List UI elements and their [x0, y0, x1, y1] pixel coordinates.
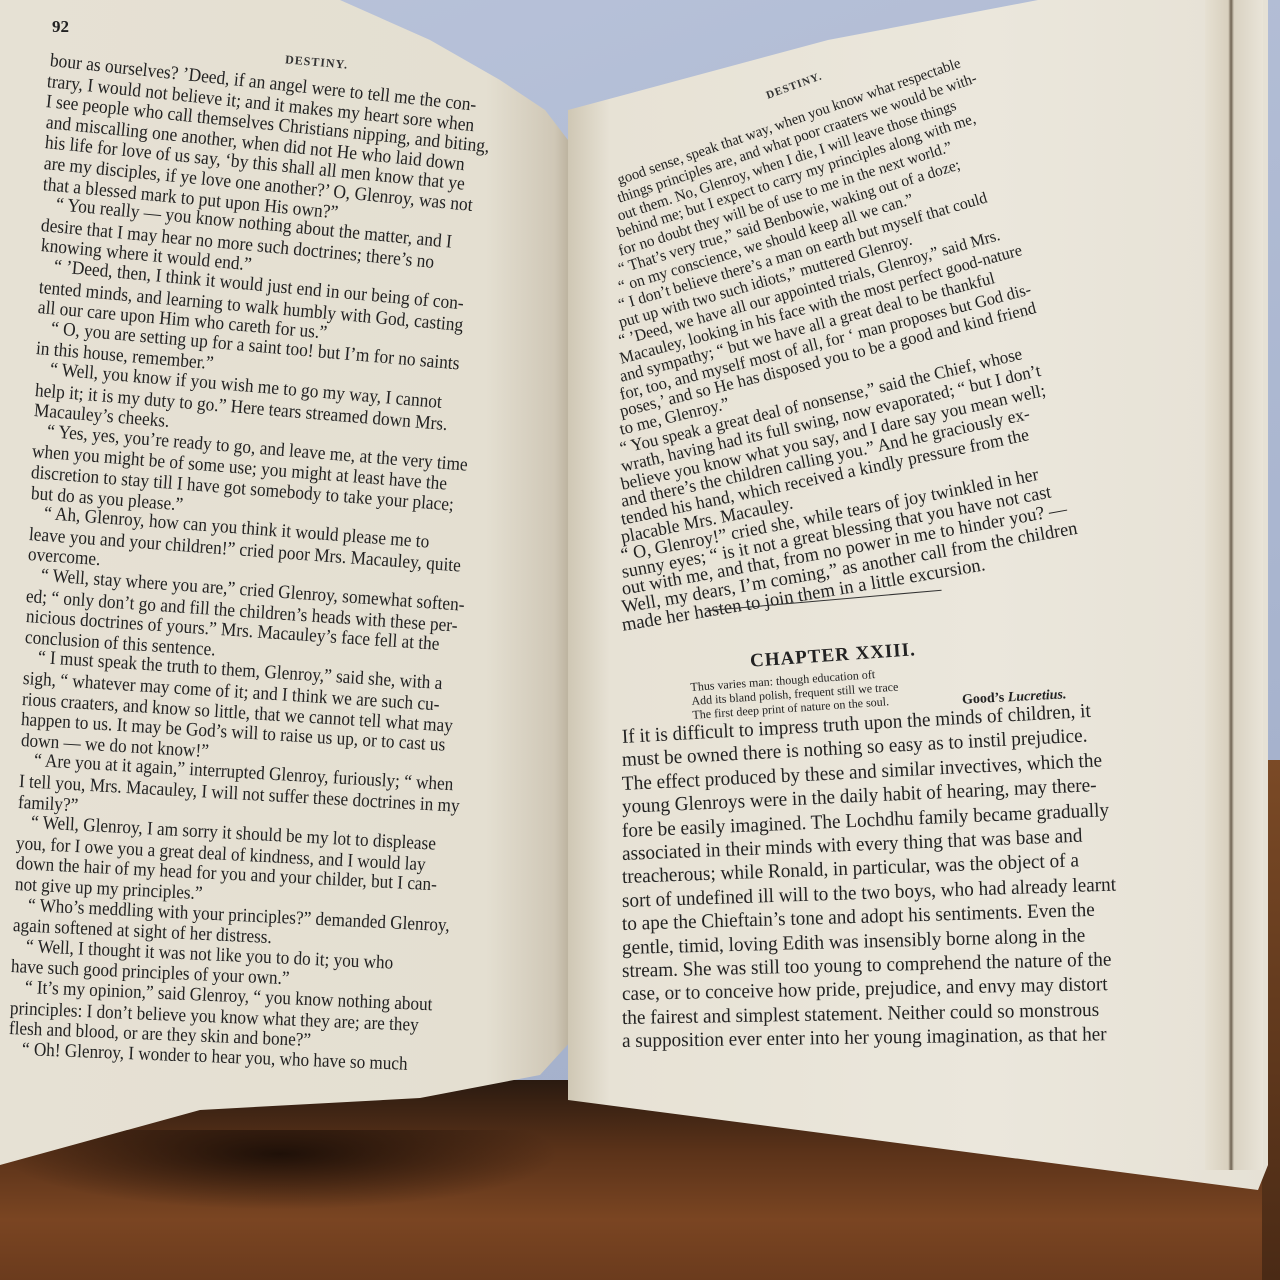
- book-shadow: [0, 1130, 560, 1210]
- running-head-right: DESTINY.: [765, 70, 824, 101]
- right-page-text: DESTINY. good sense, speak that way, whe…: [0, 0, 1280, 1080]
- chapter-body: If it is difficult to impress truth upon…: [622, 726, 1142, 1054]
